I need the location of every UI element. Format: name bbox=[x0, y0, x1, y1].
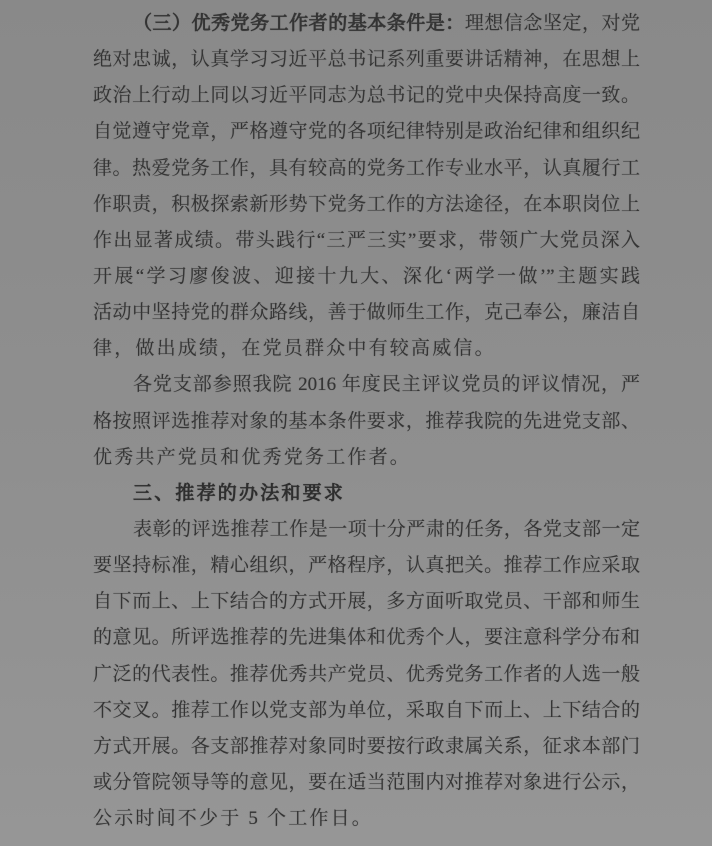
section-3-label: （三）优秀党务工作者的基本条件是： bbox=[133, 13, 465, 34]
text-line: 优秀共产党员和优秀党务工作者。 bbox=[93, 440, 640, 476]
text-line: 或分管院领导等的意见，要在适当范围内对推荐对象进行公示， bbox=[93, 765, 640, 801]
text-line: 政治上行动上同以习近平同志为总书记的党中央保持高度一致。 bbox=[93, 78, 640, 114]
text-line: 绝对忠诚，认真学习习近平总书记系列重要讲话精神，在思想上 bbox=[93, 42, 640, 78]
text-line: 各党支部参照我院 2016 年度民主评议党员的评议情况，严 bbox=[93, 367, 640, 403]
text-line: 律。热爱党务工作，具有较高的党务工作专业水平，认真履行工 bbox=[93, 151, 640, 187]
document-text-block: （三）优秀党务工作者的基本条件是：理想信念坚定，对党 绝对忠诚，认真学习习近平总… bbox=[93, 6, 640, 837]
text-line: 的意见。所评选推荐的先进集体和优秀个人，要注意科学分布和 bbox=[93, 620, 640, 656]
text-line: 格按照评选推荐对象的基本条件要求，推荐我院的先进党支部、 bbox=[93, 404, 640, 440]
text-line: 表彰的评选推荐工作是一项十分严肃的任务，各党支部一定 bbox=[93, 512, 640, 548]
text-line: 作职责，积极探索新形势下党务工作的方法途径，在本职岗位上 bbox=[93, 187, 640, 223]
text-line: 律，做出成绩，在党员群众中有较高威信。 bbox=[93, 331, 640, 367]
text-line: 自下而上、上下结合的方式开展，多方面听取党员、干部和师生 bbox=[93, 584, 640, 620]
text-line: 要坚持标准，精心组织，严格程序，认真把关。推荐工作应采取 bbox=[93, 548, 640, 584]
text-line: 作出显著成绩。带头践行“三严三实”要求，带领广大党员深入 bbox=[93, 223, 640, 259]
text-segment: 理想信念坚定，对党 bbox=[465, 13, 640, 34]
text-line: 开展“学习廖俊波、迎接十九大、深化‘两学一做’”主题实践 bbox=[93, 259, 640, 295]
text-line: 公示时间不少于 5 个工作日。 bbox=[93, 801, 640, 837]
text-line: 不交叉。推荐工作以党支部为单位，采取自下而上、上下结合的 bbox=[93, 693, 640, 729]
section-heading: 三、推荐的办法和要求 bbox=[93, 476, 640, 512]
text-line: 活动中坚持党的群众路线，善于做师生工作，克己奉公，廉洁自 bbox=[93, 295, 640, 331]
text-line: （三）优秀党务工作者的基本条件是：理想信念坚定，对党 bbox=[93, 6, 640, 42]
text-line: 自觉遵守党章，严格遵守党的各项纪律特别是政治纪律和组织纪 bbox=[93, 114, 640, 150]
text-line: 方式开展。各支部推荐对象同时要按行政隶属关系，征求本部门 bbox=[93, 729, 640, 765]
scanned-document-page: （三）优秀党务工作者的基本条件是：理想信念坚定，对党 绝对忠诚，认真学习习近平总… bbox=[0, 0, 712, 846]
text-line: 广泛的代表性。推荐优秀共产党员、优秀党务工作者的人选一般 bbox=[93, 657, 640, 693]
